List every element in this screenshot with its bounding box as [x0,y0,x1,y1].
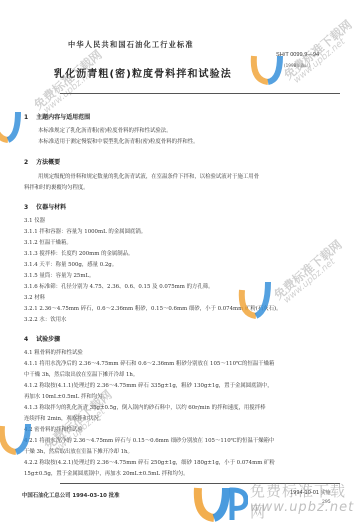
clause: 3.2.2 水：饮用水 [24,317,66,324]
clause: 3.1 仪器 [24,218,45,225]
clause: 中干燥 3h，然后取出放在室温下摊开冷却 1h。 [24,372,138,379]
clause: 3.1.3 搅拌棒：长度约 200mm 的金属制品。 [24,251,133,258]
paragraph: 本标准规定了乳化沥青粗(密)粒度骨料的拌和性试验法。 [38,128,172,135]
clause: 15g±0.5g，置于金属圆底锅中，再加水 20mL±0.5mL 拌和均匀。 [24,471,189,478]
section-title: 试验步骤 [36,336,60,343]
approval-line: 中国石油化工总公司 1994-03-10 批准 [22,491,120,499]
paragraph: 用规定级配的骨料和规定数量的乳化沥青试液，在室温条件下拌和，以检验试液对于施工用… [38,174,259,181]
watermark-site-name: 免费标准下载网 [280,16,355,83]
up-logo-icon [0,420,40,460]
clause: 3.2 材料 [24,295,45,302]
clause: 干燥 3h，然后取出放在室温下摊开冷却 1h。 [24,449,133,456]
up-logo-icon [192,484,248,522]
section-number: 1 [24,114,34,121]
section-heading-2: 2 方法概要 [24,157,60,166]
clause: 4.2.2 称取按(4.2.1)处理过的 2.36～4.75mm 碎石 250g… [24,460,275,467]
paragraph: 料拌和时的裹覆均匀程度。 [24,185,89,192]
section-number: 2 [24,159,34,166]
header-divider [60,93,340,94]
clause: 4.1 粗骨料的拌和性试验 [24,350,83,357]
clause: 4.1.3 称取拌匀的乳化沥青 35g±0.5g，倒入锅内的砂石料中，以约 60… [24,405,265,412]
section-title: 仪器与材料 [36,204,66,211]
clause: 4.1.1 将用水洗净后的 2.36～4.75mm 碎石和 0.6～2.36mm… [24,361,274,368]
section-number: 4 [24,336,34,343]
section-heading-3: 3 仪器与材料 [24,202,66,211]
clause: 3.1.4 天平：称量 500g，感量 0.2g。 [24,262,117,269]
up-logo-icon [0,108,22,148]
section-number: 3 [24,204,34,211]
clause: 3.1.6 标准筛：孔径分别为 4.75、2.36、0.6、0.15 及 0.0… [24,284,214,291]
section-heading-4: 4 试验步骤 [24,334,60,343]
section-heading-1: 1 主题内容与适用范围 [24,112,90,121]
document-page: 中华人民共和国石油化工行业标准 SH/T 0099.9—94 (1998年确认)… [0,0,360,523]
up-logo-icon [236,270,276,320]
section-title: 主题内容与适用范围 [36,114,90,121]
paragraph: 本标准适用于测定慢裂和中裂型乳化沥青粗(密)粒度骨料的拌和性。 [38,139,199,146]
issuing-organization: 中华人民共和国石油化工行业标准 [68,40,194,50]
clause: 4.1.2 称取按(4.1.1)处理过的 2.36～4.75mm 碎石 335g… [24,383,273,390]
clause: 3.1.5 量筒：容量为 25mL。 [24,273,94,280]
clause: 3.1.2 恒温干燥箱。 [24,240,72,247]
up-logo-icon [250,52,290,88]
watermark-site-name: 免费标准下载网 [270,236,345,303]
section-title: 方法概要 [36,159,60,166]
watermark-brand-url: www.upbz.net [250,500,354,515]
clause: 3.1.1 拌和容器：容量为 1000mL 的金属圆底锅。 [24,229,146,236]
